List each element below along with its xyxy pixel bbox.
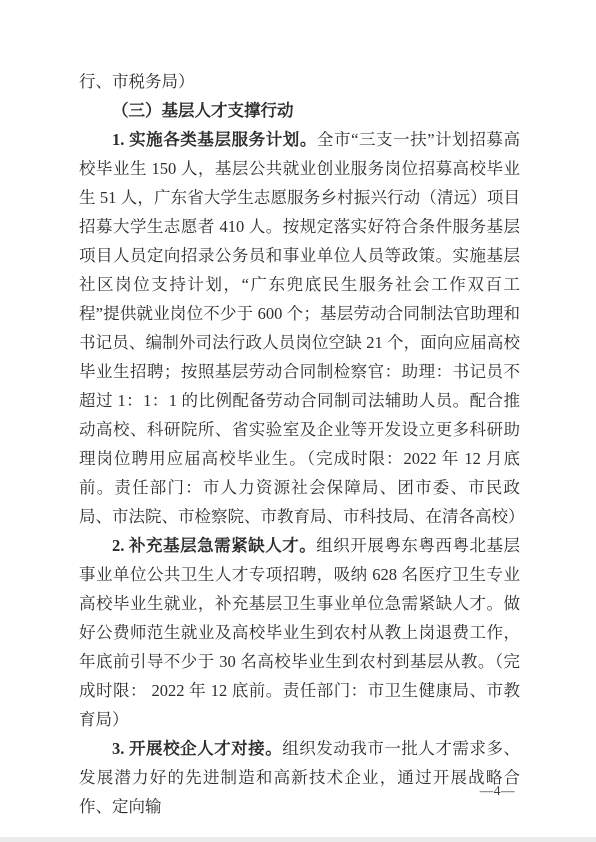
paragraph-2-body: 组织开展粤东粤西粤北基层事业单位公共卫生人才专项招聘，吸纳 628 名医疗卫生专… (79, 536, 520, 729)
paragraph-2: 2. 补充基层急需紧缺人才。组织开展粤东粤西粤北基层事业单位公共卫生人才专项招聘… (79, 531, 520, 734)
paragraph-1-body: 全市“三支一扶”计划招募高校毕业生 150 人，基层公共就业创业服务岗位招募高校… (79, 130, 525, 526)
page-number: —4— (480, 782, 515, 800)
paragraph-2-lead: 2. 补充基层急需紧缺人才。 (112, 536, 316, 555)
scan-edge (0, 837, 596, 842)
section-heading: （三）基层人才支撑行动 (79, 96, 520, 125)
continuation-text: 行、市税务局） (79, 67, 520, 96)
document-page: 行、市税务局） （三）基层人才支撑行动 1. 实施各类基层服务计划。全市“三支一… (0, 0, 596, 842)
document-body: 行、市税务局） （三）基层人才支撑行动 1. 实施各类基层服务计划。全市“三支一… (79, 67, 520, 821)
paragraph-3: 3. 开展校企人才对接。组织发动我市一批人才需求多、发展潜力好的先进制造和高新技… (79, 734, 520, 821)
paragraph-3-lead: 3. 开展校企人才对接。 (112, 739, 282, 758)
paragraph-1: 1. 实施各类基层服务计划。全市“三支一扶”计划招募高校毕业生 150 人，基层… (79, 125, 520, 531)
paragraph-1-lead: 1. 实施各类基层服务计划。 (112, 130, 317, 149)
